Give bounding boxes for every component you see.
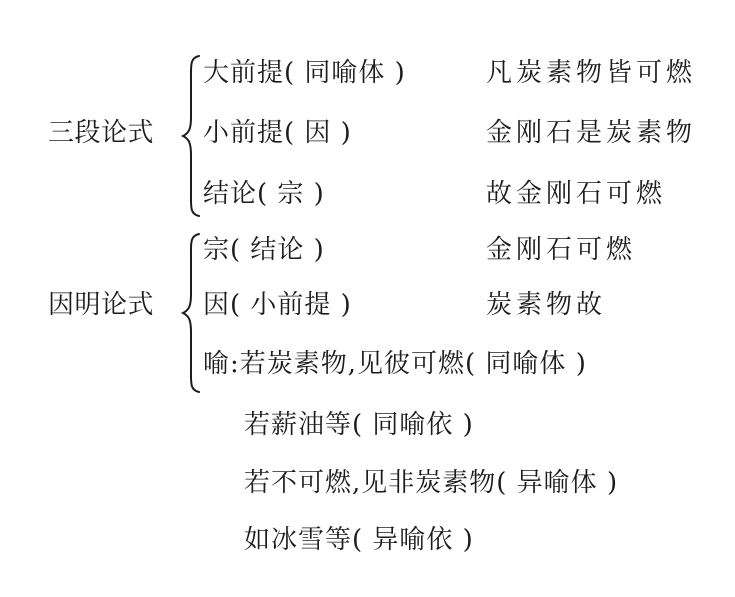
statement-yin: 炭素物故 — [486, 287, 606, 323]
term-yu: 喻:若炭素物,见彼可燃( 同喻体 ) — [203, 346, 587, 382]
section-label-yinming: 因明论式 — [48, 287, 154, 323]
continuation-yiyuyi: 如冰雪等( 异喻依 ) — [244, 522, 474, 558]
term-yin: 因( 小前提 ) — [203, 287, 352, 323]
brace-icon — [177, 52, 203, 220]
brace-icon — [177, 230, 203, 396]
statement-major-premise: 凡炭素物皆可燃 — [486, 55, 696, 91]
statement-zong: 金刚石可燃 — [486, 232, 636, 268]
term-conclusion: 结论( 宗 ) — [203, 176, 325, 212]
statement-minor-premise: 金刚石是炭素物 — [486, 115, 696, 151]
term-major-premise: 大前提( 同喻体 ) — [203, 55, 406, 91]
diagram-canvas: 三段论式 大前提( 同喻体 ) 小前提( 因 ) 结论( 宗 ) 凡炭素物皆可燃… — [0, 0, 735, 597]
section-label-syllogism: 三段论式 — [48, 115, 154, 151]
term-zong: 宗( 结论 ) — [203, 232, 325, 268]
continuation-tongyuyi: 若薪油等( 同喻依 ) — [244, 407, 474, 443]
statement-conclusion: 故金刚石可燃 — [486, 176, 666, 212]
continuation-yiyuti: 若不可燃,见非炭素物( 异喻体 ) — [244, 465, 618, 501]
term-minor-premise: 小前提( 因 ) — [203, 115, 352, 151]
